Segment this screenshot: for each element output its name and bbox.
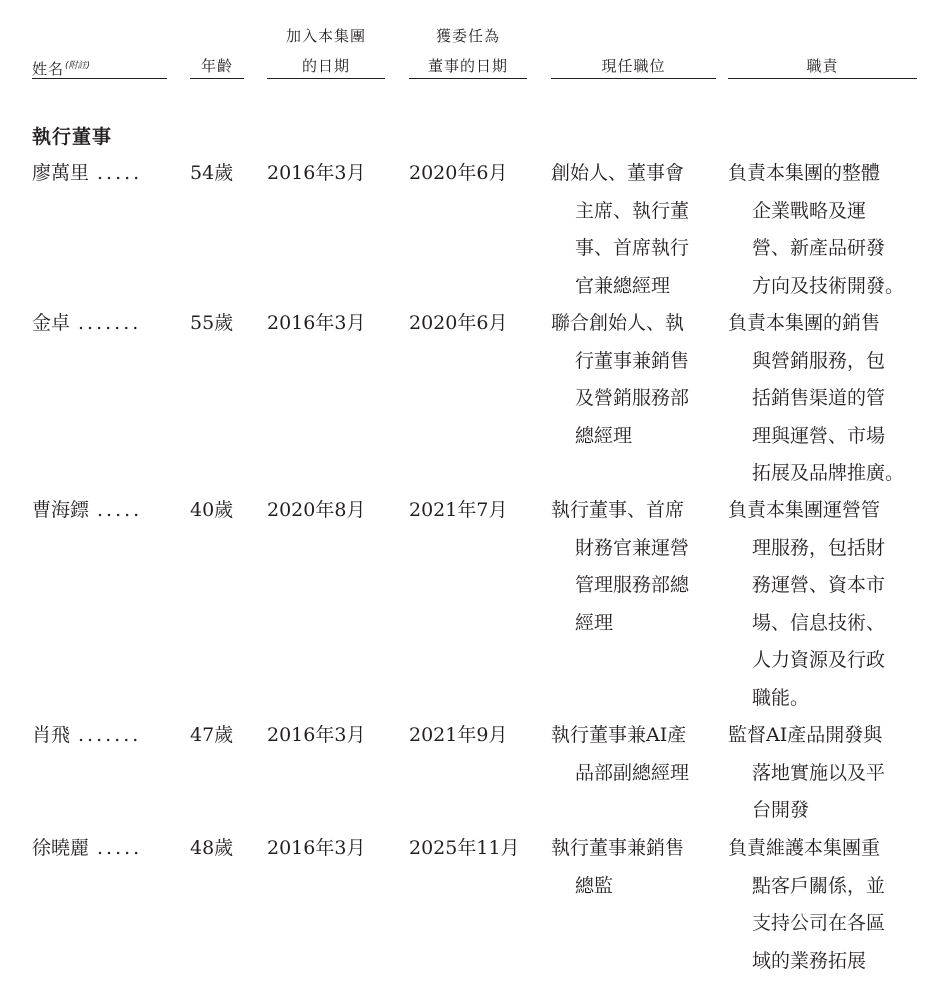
responsibility-line: 拓展及品牌推廣。	[728, 455, 904, 493]
responsibility-line: 務運營、資本市	[728, 567, 885, 605]
responsibility-line: 負責本集團的銷售	[728, 305, 904, 343]
header-rule-age	[190, 78, 244, 79]
header-position-label: 現任職位	[601, 57, 665, 75]
position-line: 創始人、董事會	[551, 155, 689, 193]
position-line: 行董事兼銷售	[551, 343, 689, 381]
responsibility-line: 營、新產品研發	[728, 230, 904, 268]
responsibility-line: 負責維護本集團重	[728, 830, 885, 868]
responsibility-line: 負責本集團運營管	[728, 492, 885, 530]
header-name: 姓名(附註)	[32, 51, 90, 84]
director-name: 肖飛	[32, 724, 70, 746]
director-name: 廖萬里	[32, 162, 89, 184]
cell-appoint-date: 2020年6月	[409, 305, 507, 343]
director-name: 徐曉麗	[32, 837, 89, 859]
position-line: 經理	[551, 605, 689, 643]
header-name-label: 姓名	[32, 60, 64, 78]
header-responsibilities-label: 職責	[806, 57, 838, 75]
cell-name: 徐曉麗.....	[32, 830, 142, 868]
responsibility-line: 括銷售渠道的管	[728, 380, 904, 418]
position-line: 總經理	[551, 418, 689, 456]
cell-name: 廖萬里.....	[32, 155, 142, 193]
cell-position: 執行董事兼銷售 總監	[551, 830, 684, 905]
leader-dots: .......	[78, 312, 141, 334]
leader-dots: .....	[97, 837, 142, 859]
cell-name: 金卓.......	[32, 305, 141, 343]
cell-appoint-date: 2021年9月	[409, 717, 507, 755]
cell-responsibility: 監督AI產品開發與 落地實施以及平 台開發	[728, 717, 885, 830]
position-line: 執行董事兼銷售	[551, 830, 684, 868]
position-line: 品部副總經理	[551, 755, 689, 793]
responsibility-line: 監督AI產品開發與	[728, 717, 885, 755]
header-join-date-line2: 的日期	[267, 51, 385, 81]
responsibility-line: 理服務，包括財	[728, 530, 885, 568]
header-rule-position	[551, 78, 716, 79]
cell-age: 48歲	[190, 830, 233, 868]
cell-join-date: 2016年3月	[267, 155, 365, 193]
header-responsibilities: 職責	[728, 51, 917, 81]
responsibility-line: 域的業務拓展	[728, 943, 885, 981]
leader-dots: .......	[78, 724, 141, 746]
cell-appoint-date: 2021年7月	[409, 492, 507, 530]
header-appoint-date-line2: 董事的日期	[409, 51, 527, 81]
cell-age: 54歲	[190, 155, 233, 193]
header-rule-name	[32, 78, 167, 79]
cell-join-date: 2016年3月	[267, 717, 365, 755]
responsibility-line: 理與運營、市場	[728, 418, 904, 456]
position-line: 總監	[551, 868, 684, 906]
cell-age: 55歲	[190, 305, 233, 343]
cell-position: 執行董事兼AI產 品部副總經理	[551, 717, 689, 792]
header-position: 現任職位	[551, 51, 716, 81]
responsibility-line: 點客戶關係，並	[728, 868, 885, 906]
leader-dots: .....	[97, 162, 142, 184]
header-join-date: 加入本集團 的日期	[267, 21, 385, 81]
header-appoint-date-line1: 獲委任為	[409, 21, 527, 51]
header-rule-join-date	[267, 78, 385, 79]
responsibility-line: 人力資源及行政	[728, 642, 885, 680]
responsibility-line: 負責本集團的整體	[728, 155, 904, 193]
cell-appoint-date: 2020年6月	[409, 155, 507, 193]
responsibility-line: 職能。	[728, 680, 885, 718]
position-line: 執行董事、首席	[551, 492, 689, 530]
responsibility-line: 與營銷服務，包	[728, 343, 904, 381]
responsibility-line: 落地實施以及平	[728, 755, 885, 793]
header-rule-appoint-date	[409, 78, 527, 79]
position-line: 執行董事兼AI產	[551, 717, 689, 755]
responsibility-line: 場、信息技術、	[728, 605, 885, 643]
cell-position: 執行董事、首席 財務官兼運營 管理服務部總 經理	[551, 492, 689, 642]
cell-responsibility: 負責本集團的整體 企業戰略及運 營、新產品研發 方向及技術開發。	[728, 155, 904, 305]
header-appoint-date: 獲委任為 董事的日期	[409, 21, 527, 81]
responsibility-line: 支持公司在各區	[728, 905, 885, 943]
cell-position: 聯合創始人、執 行董事兼銷售 及營銷服務部 總經理	[551, 305, 689, 455]
cell-age: 40歲	[190, 492, 233, 530]
position-line: 財務官兼運營	[551, 530, 689, 568]
responsibility-line: 方向及技術開發。	[728, 268, 904, 306]
director-name: 曹海鏢	[32, 499, 89, 521]
position-line: 及營銷服務部	[551, 380, 689, 418]
header-age: 年齡	[190, 51, 244, 81]
cell-responsibility: 負責本集團運營管 理服務，包括財 務運營、資本市 場、信息技術、 人力資源及行政…	[728, 492, 885, 717]
cell-name: 肖飛.......	[32, 717, 141, 755]
section-title-executive-directors: 執行董事	[32, 122, 112, 149]
cell-age: 47歲	[190, 717, 233, 755]
cell-join-date: 2020年8月	[267, 492, 365, 530]
position-line: 主席、執行董	[551, 193, 689, 231]
responsibility-line: 台開發	[728, 792, 885, 830]
header-name-note: (附註)	[65, 61, 90, 71]
cell-join-date: 2016年3月	[267, 305, 365, 343]
position-line: 事、首席執行	[551, 230, 689, 268]
position-line: 聯合創始人、執	[551, 305, 689, 343]
header-join-date-line1: 加入本集團	[267, 21, 385, 51]
header-rule-responsibilities	[728, 78, 917, 79]
cell-appoint-date: 2025年11月	[409, 830, 520, 868]
position-line: 管理服務部總	[551, 567, 689, 605]
responsibility-line: 企業戰略及運	[728, 193, 904, 231]
leader-dots: .....	[97, 499, 142, 521]
director-name: 金卓	[32, 312, 70, 334]
cell-name: 曹海鏢.....	[32, 492, 142, 530]
header-age-label: 年齡	[201, 57, 233, 75]
cell-responsibility: 負責本集團的銷售 與營銷服務，包 括銷售渠道的管 理與運營、市場 拓展及品牌推廣…	[728, 305, 904, 493]
position-line: 官兼總經理	[551, 268, 689, 306]
cell-join-date: 2016年3月	[267, 830, 365, 868]
cell-responsibility: 負責維護本集團重 點客戶關係，並 支持公司在各區 域的業務拓展	[728, 830, 885, 980]
cell-position: 創始人、董事會 主席、執行董 事、首席執行 官兼總經理	[551, 155, 689, 305]
